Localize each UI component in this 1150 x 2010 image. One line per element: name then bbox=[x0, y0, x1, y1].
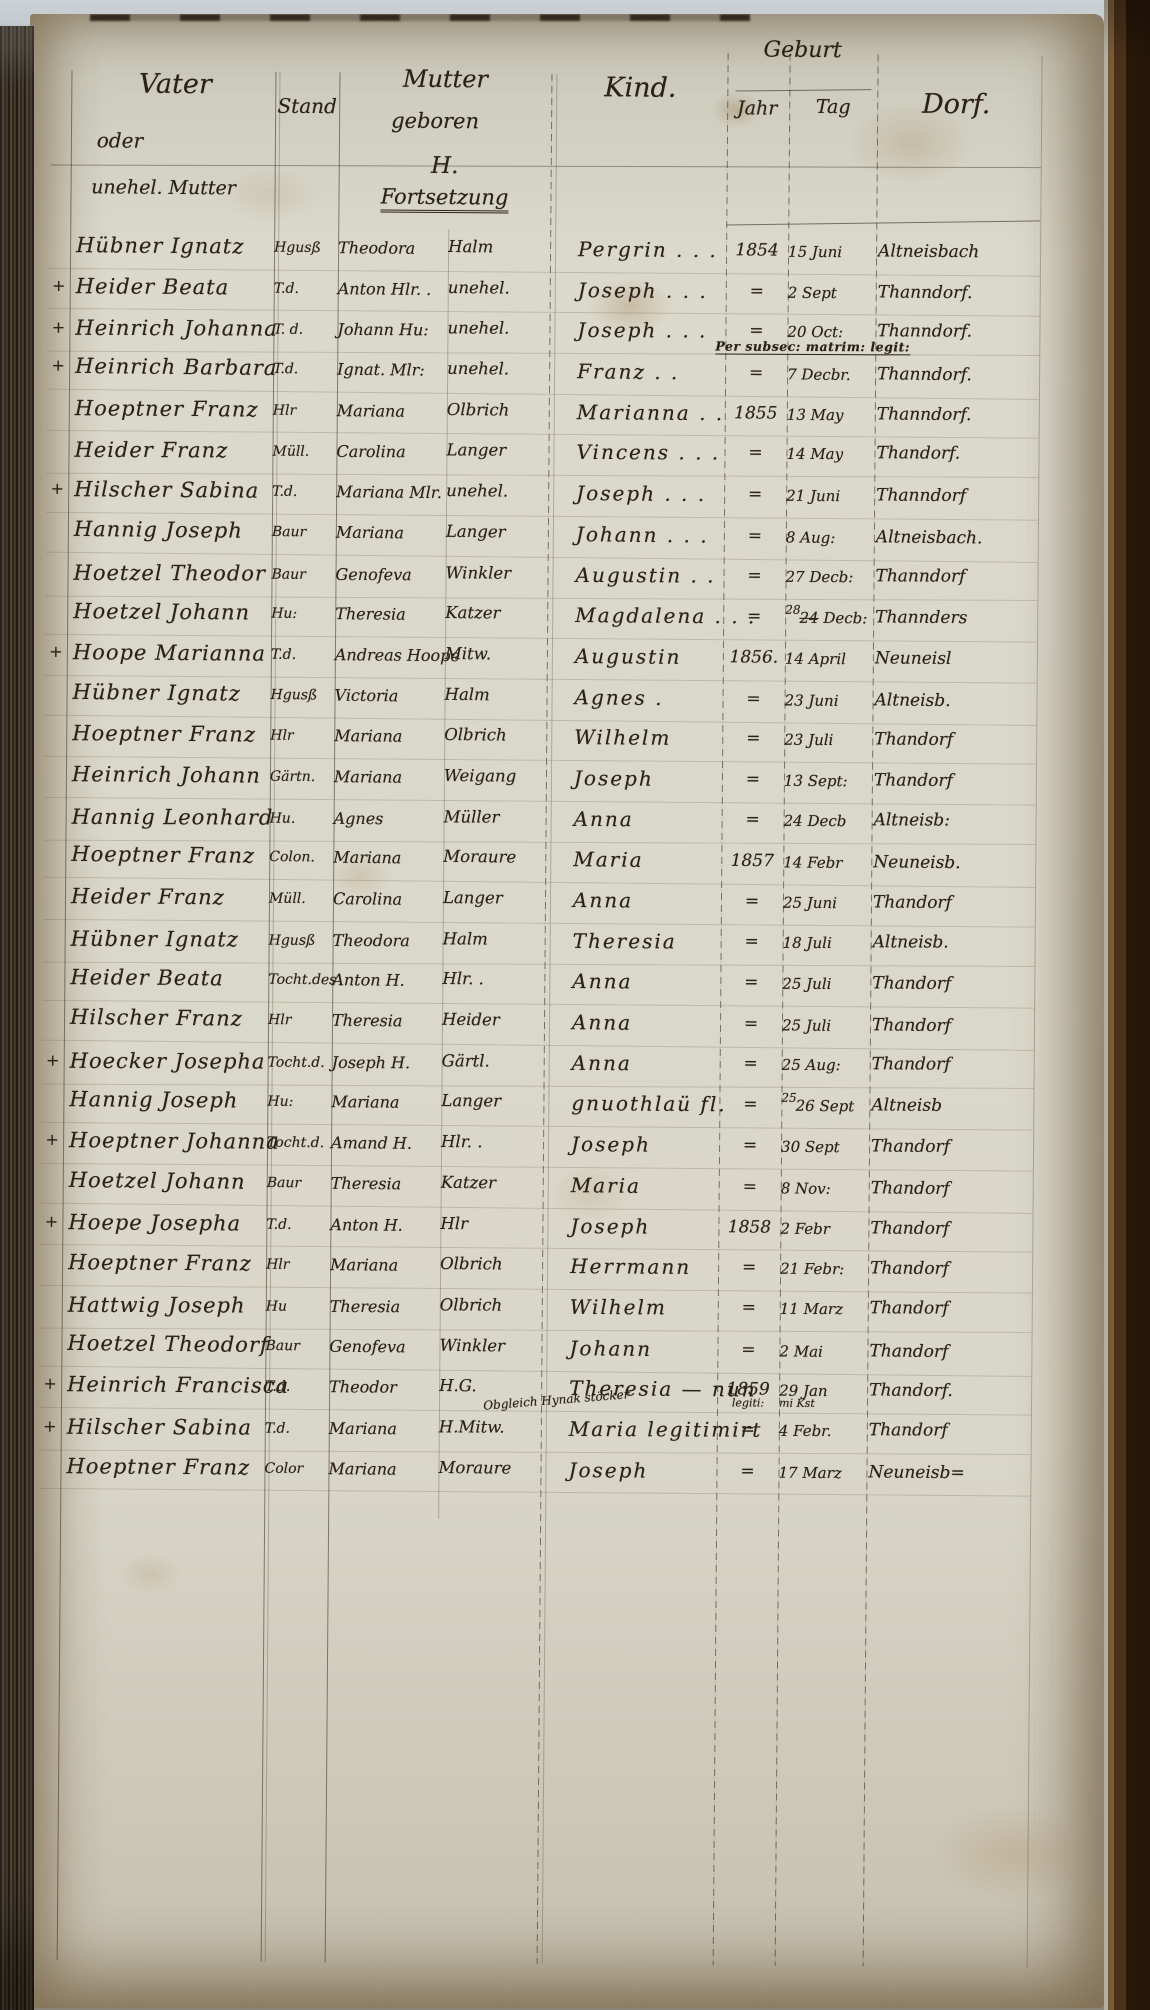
mother-surname: unehel. bbox=[447, 319, 509, 338]
year-cell: = bbox=[717, 1412, 779, 1452]
mother-surname-cell: Olbrich bbox=[440, 1289, 542, 1329]
section-letter: H. bbox=[365, 152, 525, 179]
child-cell: Anna bbox=[544, 1005, 720, 1047]
cross-mark: + bbox=[52, 318, 65, 337]
status-abbrev: T. d. bbox=[273, 322, 303, 338]
village-cell: Neuneisb. bbox=[871, 846, 1035, 887]
year-cell: = bbox=[723, 558, 785, 598]
village-name: Neuneisb. bbox=[873, 853, 961, 874]
mother-surname-cell: Müller bbox=[444, 801, 546, 841]
day-cell: 24 Decb bbox=[784, 802, 872, 842]
status-abbrev: Tocht.d. bbox=[267, 1135, 324, 1151]
cross-mark-cell: + bbox=[39, 1410, 61, 1450]
status-cell: Tocht.des bbox=[268, 962, 332, 1002]
status-cell: Baur bbox=[272, 514, 336, 554]
birth-year: = bbox=[744, 973, 758, 993]
day-cell: 11 Marz bbox=[780, 1291, 868, 1331]
birth-day: 11 Marz bbox=[780, 1300, 843, 1318]
cross-mark-cell bbox=[44, 757, 66, 797]
mother-given-cell: Mariana bbox=[337, 393, 447, 434]
birth-year: = bbox=[740, 1461, 754, 1481]
mother-given-name: Amand H. bbox=[331, 1133, 412, 1153]
cross-mark-cell: + bbox=[41, 1123, 63, 1163]
child-name: Wilhelm bbox=[574, 725, 671, 750]
status-abbrev: Tocht.des bbox=[268, 972, 336, 989]
mother-surname-cell: Mitw. bbox=[445, 638, 547, 678]
mother-given-name: Carolina bbox=[333, 889, 402, 909]
mother-surname: Halm bbox=[445, 684, 490, 703]
child-name: Joseph . . . bbox=[576, 481, 706, 506]
mother-surname-cell: Hlr. . bbox=[442, 963, 544, 1003]
birth-day: 25 Aug: bbox=[782, 1056, 841, 1074]
village-name: Thandorf bbox=[872, 1054, 951, 1074]
cross-mark-cell: + bbox=[42, 1043, 64, 1083]
mother-given-name: Mariana bbox=[328, 1459, 396, 1479]
register-row: Hoetzel TheodorBaurGenofevaWinklerAugust… bbox=[45, 555, 1037, 600]
mother-surname-cell: unehel. bbox=[447, 313, 549, 353]
cross-mark: + bbox=[45, 1211, 59, 1230]
header-year: Jahr bbox=[725, 97, 789, 120]
status-cell: Hlr bbox=[268, 1002, 332, 1042]
cross-mark-cell bbox=[48, 228, 70, 268]
birth-year: = bbox=[742, 1258, 756, 1278]
mother-surname: H.G. bbox=[439, 1376, 477, 1395]
status-abbrev: Hgusß bbox=[271, 687, 318, 703]
birth-year: = bbox=[748, 485, 762, 505]
mother-given-cell: Theresia bbox=[332, 1003, 442, 1044]
child-cell: Joseph bbox=[540, 1452, 716, 1493]
status-abbrev: T.d. bbox=[265, 1379, 290, 1395]
mother-surname: Moraure bbox=[443, 847, 516, 867]
village-cell: Altneisb: bbox=[872, 803, 1036, 843]
birth-year: = bbox=[749, 363, 763, 383]
birth-year: = bbox=[750, 281, 764, 301]
village-name: Thanndorf. bbox=[877, 404, 972, 425]
child-cell: Maria bbox=[543, 1168, 719, 1210]
father-cell: Heider Franz bbox=[65, 879, 269, 920]
birth-day: 26 Sept bbox=[796, 1097, 855, 1115]
father-cell: Hübner Ignatz bbox=[65, 921, 269, 962]
year-cell: = bbox=[722, 762, 784, 802]
register-row: Heider FranzMüll.CarolinaLangerVincens .… bbox=[46, 433, 1038, 478]
mother-given-name: Genofeva bbox=[335, 564, 411, 583]
mother-given-cell: Genofeva bbox=[335, 556, 445, 596]
status-cell: Tocht.d. bbox=[267, 1125, 331, 1165]
mother-given-name: Anton H. bbox=[332, 971, 405, 991]
father-cell: Heinrich Johanna bbox=[69, 311, 273, 352]
mother-given-name: Mariana bbox=[333, 848, 401, 868]
cross-mark-cell bbox=[42, 960, 64, 1000]
village-name: Thandorf bbox=[871, 1178, 950, 1199]
village-name: Thannders bbox=[875, 608, 967, 629]
birth-year: 1854 bbox=[735, 240, 778, 260]
village-cell: Altneisb. bbox=[871, 925, 1035, 965]
cross-mark: + bbox=[43, 1374, 57, 1393]
child-name: Wilhelm bbox=[570, 1295, 667, 1319]
child-name: Augustin bbox=[575, 644, 682, 669]
day-cell: 14 May bbox=[786, 436, 874, 476]
birth-day: 2 Mai bbox=[779, 1342, 823, 1360]
status-cell: T.d. bbox=[274, 270, 338, 310]
mother-surname: H.Mitw. bbox=[439, 1417, 505, 1436]
status-abbrev: Hu bbox=[266, 1298, 287, 1314]
day-cell: 13 May bbox=[787, 396, 875, 436]
child-cell: gnuothlaü fl. bbox=[543, 1086, 719, 1127]
header-father: Vater bbox=[95, 68, 255, 100]
child-cell: Joseph . . . bbox=[549, 313, 725, 353]
mother-given-name: Joseph H. bbox=[332, 1053, 410, 1072]
status-abbrev: Gärtn. bbox=[270, 769, 315, 785]
section-word-text: Fortsetzung bbox=[381, 185, 509, 214]
mother-given-name: Mariana bbox=[329, 1419, 397, 1438]
header-child: Kind. bbox=[555, 72, 725, 104]
village-cell: Thanndorf. bbox=[876, 275, 1040, 316]
mother-given-name: Mariana bbox=[334, 767, 402, 787]
status-abbrev: Baur bbox=[265, 1338, 300, 1354]
header-stand: Stand bbox=[273, 94, 341, 119]
birth-year: = bbox=[744, 1014, 758, 1034]
register-row: +Hoecker JosephaTocht.d.Joseph H.Gärtl.A… bbox=[42, 1043, 1034, 1088]
mother-surname-cell: Langer bbox=[441, 1085, 543, 1125]
child-name: Joseph bbox=[574, 766, 654, 791]
cross-mark-cell bbox=[40, 1245, 62, 1285]
mother-surname-cell: unehel. bbox=[448, 272, 550, 312]
mother-surname-cell: Halm bbox=[448, 231, 550, 271]
mother-given-name: Victoria bbox=[335, 685, 399, 705]
child-name: Augustin . . bbox=[575, 562, 715, 587]
child-cell: Theresia — nunObgleich Hynak stöcker bbox=[541, 1371, 717, 1412]
child-name: Anna bbox=[574, 807, 634, 831]
father-cell: Hoecker Josepha bbox=[64, 1043, 268, 1084]
mother-given-name: Mariana bbox=[330, 1255, 398, 1275]
day-cell: 21 Juni bbox=[786, 478, 874, 518]
birth-year: = bbox=[745, 891, 759, 911]
year-cell: 1855 bbox=[725, 396, 787, 436]
mother-surname: Weigang bbox=[444, 766, 516, 786]
birth-day: 13 Sept: bbox=[784, 772, 848, 790]
father-cell: Hoetzel Theodor bbox=[67, 555, 271, 596]
header-geboren-text: geboren bbox=[391, 109, 479, 134]
year-cell: = bbox=[716, 1454, 778, 1494]
village-name: Thandorf bbox=[874, 770, 953, 791]
village-cell: Altneisb. bbox=[872, 683, 1036, 724]
village-name: Thandorf bbox=[871, 1137, 950, 1158]
child-cell: Theresia bbox=[545, 923, 721, 963]
cross-mark-cell bbox=[45, 555, 67, 595]
mother-surname-cell: Weigang bbox=[444, 760, 546, 800]
birth-day: 17 Marz bbox=[778, 1463, 841, 1481]
header-unehel-mutter: unehel. Mutter bbox=[68, 176, 258, 199]
village-name: Thandorf bbox=[869, 1341, 948, 1362]
status-cell: Color bbox=[264, 1450, 328, 1490]
mother-surname: Olbrich bbox=[447, 400, 510, 419]
birth-day: 25 Juni bbox=[783, 894, 837, 912]
header-day-text: Tag bbox=[816, 96, 851, 118]
day-cell: 25 Juli bbox=[782, 1007, 870, 1048]
section-word: Fortsetzung bbox=[354, 184, 534, 209]
child-name: Pergrin . . . bbox=[578, 237, 718, 262]
status-cell: Hu. bbox=[270, 800, 334, 840]
mother-given-cell: Mariana bbox=[328, 1451, 438, 1492]
child-cell: Magdalena . . . bbox=[547, 598, 723, 639]
register-row: Hoeptner FranzHlrMarianaOlbrichHerrmann=… bbox=[40, 1245, 1032, 1293]
day-cell: 27 Decb: bbox=[785, 558, 873, 598]
birth-day: 30 Sept bbox=[781, 1138, 840, 1156]
child-cell: Anna bbox=[544, 964, 720, 1005]
child-name: Joseph . . . bbox=[578, 278, 708, 303]
day-cell: 30 Sept bbox=[781, 1129, 869, 1169]
status-cell: Tocht.d. bbox=[268, 1044, 332, 1084]
header-mother-text: Mutter bbox=[403, 65, 488, 94]
mother-given-name: Johann Hu: bbox=[337, 320, 428, 339]
child-name: Maria bbox=[571, 1173, 642, 1198]
day-cell: 2 Mai bbox=[779, 1333, 867, 1374]
birth-day: 14 April bbox=[785, 650, 846, 668]
status-cell: T.d. bbox=[271, 637, 335, 677]
mother-surname: Mitw. bbox=[445, 644, 491, 663]
register-row: Hübner IgnatzHgusßTheodoraHalmTheresia=1… bbox=[43, 921, 1035, 966]
father-name: Hoeptner Franz bbox=[72, 721, 256, 746]
village-cell: Altneisb bbox=[869, 1089, 1033, 1130]
birth-year: 1855 bbox=[734, 403, 777, 423]
father-name: Heinrich Francisca bbox=[67, 1372, 289, 1398]
mother-surname-cell: unehel. bbox=[446, 475, 548, 515]
mother-given-name: Anton Hlr. . bbox=[338, 279, 432, 299]
header-rule bbox=[735, 89, 871, 91]
child-cell: Maria bbox=[545, 842, 721, 884]
village-name: Neuneisl bbox=[875, 648, 952, 669]
child-name: Anna bbox=[572, 1051, 632, 1075]
year-cell: 1859legiti: bbox=[717, 1372, 779, 1412]
mother-surname: Winkler bbox=[446, 563, 512, 582]
year-cell: = bbox=[719, 1169, 781, 1209]
mother-given-name: Theresia bbox=[330, 1297, 401, 1316]
father-name: Hoetzel Theodorf bbox=[67, 1330, 268, 1356]
status-abbrev: Baur bbox=[272, 524, 307, 540]
register-row: +Heinrich FranciscaT.d.TheodorH.G.Theres… bbox=[39, 1367, 1031, 1415]
status-abbrev: Baur bbox=[272, 566, 306, 582]
mother-surname: Hlr. . bbox=[441, 1132, 483, 1151]
village-name: Thandorf bbox=[870, 1298, 949, 1318]
status-abbrev: T.d. bbox=[266, 1216, 291, 1232]
child-name: Agnes . bbox=[574, 685, 663, 710]
mother-given-cell: Anton H. bbox=[330, 1207, 440, 1248]
mother-surname: Hlr bbox=[440, 1214, 468, 1233]
mother-given-name: Theresia bbox=[331, 1173, 402, 1193]
village-cell: Thandorf bbox=[867, 1334, 1031, 1375]
mother-surname-cell: Langer bbox=[446, 516, 548, 557]
father-name: Hoeptner Franz bbox=[66, 1454, 250, 1479]
cross-mark-cell: + bbox=[47, 349, 69, 389]
child-cell: Wilhelm bbox=[546, 720, 722, 761]
child-cell: Augustin . . bbox=[547, 557, 723, 597]
father-name: Hoeptner Franz bbox=[75, 396, 259, 421]
status-abbrev: Hlr bbox=[270, 728, 294, 744]
year-cell: = bbox=[723, 599, 785, 639]
mother-given-name: Andreas Hoope bbox=[335, 645, 460, 665]
mother-surname-cell: unehel. bbox=[447, 353, 549, 394]
page-content: Vater oder unehel. Mutter Stand Mutter g… bbox=[30, 14, 1104, 2008]
year-cell: = bbox=[719, 1088, 781, 1128]
birth-day: 15 Juni bbox=[788, 243, 842, 261]
mother-given-name: Theodor bbox=[329, 1377, 397, 1397]
cross-mark-cell bbox=[41, 1162, 63, 1202]
birth-day: 23 Juni bbox=[784, 691, 838, 710]
mother-given-cell: Amand H. bbox=[331, 1125, 441, 1166]
status-cell: Hlr bbox=[270, 718, 334, 758]
header-birth-text: Geburt bbox=[763, 38, 841, 64]
mother-given-name: Mariana bbox=[336, 522, 404, 542]
village-name: Altneisbach bbox=[878, 241, 979, 262]
mother-given-name: Theresia bbox=[332, 1011, 403, 1031]
birth-year: = bbox=[748, 526, 762, 546]
header-father-oder: oder bbox=[75, 128, 165, 153]
mother-surname: unehel. bbox=[447, 359, 509, 379]
mother-given-cell: Theodora bbox=[338, 230, 448, 271]
cross-mark: + bbox=[45, 1130, 59, 1149]
cross-mark-cell bbox=[44, 716, 66, 756]
scanned-register-page: Vater oder unehel. Mutter Stand Mutter g… bbox=[0, 0, 1150, 2010]
mother-given-cell: Genofeva bbox=[329, 1328, 439, 1369]
father-name: Hoeptner Franz bbox=[68, 1250, 252, 1275]
mother-surname-cell: Moraure bbox=[438, 1452, 540, 1492]
cross-mark-cell bbox=[42, 1000, 64, 1040]
cross-mark-cell: + bbox=[46, 472, 68, 512]
birth-year: = bbox=[744, 931, 758, 951]
mother-surname: Winkler bbox=[439, 1335, 505, 1355]
cross-mark-cell bbox=[40, 1287, 62, 1327]
father-cell: Heinrich Francisca bbox=[61, 1367, 265, 1408]
mother-given-cell: Theresia bbox=[331, 1165, 441, 1206]
child-cell: Agnes . bbox=[546, 679, 722, 721]
status-abbrev: Colon. bbox=[269, 849, 315, 865]
birth-year: = bbox=[741, 1420, 755, 1440]
village-name: Thanndorf. bbox=[878, 282, 973, 303]
mother-given-cell: Agnes bbox=[334, 801, 444, 841]
mother-given-cell: Carolina bbox=[333, 881, 443, 922]
mother-given-cell: Carolina bbox=[336, 434, 446, 474]
village-cell: Thandorf bbox=[869, 1130, 1033, 1171]
cross-mark-cell bbox=[41, 1082, 63, 1122]
day-cell: 25 Aug: bbox=[782, 1047, 870, 1087]
header-father-text: Vater bbox=[139, 69, 212, 101]
village-cell: Altneisbach bbox=[876, 234, 1040, 275]
header-village-text: Dorf. bbox=[922, 89, 991, 121]
village-name: Thanndorf. bbox=[877, 364, 972, 385]
status-cell: Baur bbox=[271, 556, 335, 596]
village-name: Thandorf. bbox=[869, 1381, 953, 1402]
status-cell: T.d. bbox=[273, 351, 337, 391]
cross-mark-cell: + bbox=[48, 269, 70, 309]
register-rows: Hübner IgnatzHgusßTheodoraHalmPergrin . … bbox=[38, 228, 1040, 1497]
village-name: Thandorf. bbox=[876, 444, 960, 464]
year-cell: 1857 bbox=[721, 844, 783, 884]
father-name: Hilscher Sabina bbox=[67, 1415, 252, 1440]
birth-year: 1857 bbox=[731, 851, 774, 871]
village-cell: Thanndorf bbox=[873, 559, 1037, 599]
birth-year: = bbox=[743, 1136, 757, 1156]
status-abbrev: Hlr bbox=[268, 1012, 292, 1028]
register-row: Hoeptner FranzColorMarianaMoraureJoseph=… bbox=[38, 1448, 1030, 1496]
cross-mark: + bbox=[46, 1050, 59, 1069]
birth-day: 2 Sept bbox=[788, 283, 837, 301]
father-cell: Hoetzel Johann bbox=[67, 594, 271, 635]
header-rule bbox=[51, 165, 1041, 169]
mother-surname: Katzer bbox=[441, 1173, 496, 1193]
birth-day: 27 Decb: bbox=[785, 567, 853, 585]
father-cell: Hilscher Franz bbox=[64, 1000, 268, 1042]
status-abbrev: Hu: bbox=[271, 606, 297, 622]
mother-surname-cell: Olbrich bbox=[447, 394, 549, 434]
child-cell: Joseph bbox=[543, 1127, 719, 1168]
father-name: Hilscher Franz bbox=[70, 1005, 243, 1031]
status-abbrev: Hu. bbox=[270, 810, 296, 826]
status-abbrev: T.d. bbox=[271, 647, 296, 663]
mother-given-cell: Mariana bbox=[334, 759, 444, 800]
child-name: Herrmann bbox=[570, 1254, 691, 1279]
status-abbrev: Baur bbox=[267, 1175, 302, 1191]
register-row: +Hilscher SabinaT.d.MarianaH.Mitw.Maria … bbox=[39, 1410, 1031, 1455]
day-cell: 25 Juni bbox=[783, 885, 871, 925]
day-cell: 7 Decbr. bbox=[787, 356, 875, 397]
mother-surname: unehel. bbox=[446, 481, 508, 500]
book-cover-edge bbox=[1104, 0, 1150, 2010]
header-mother: Mutter bbox=[345, 64, 545, 94]
status-cell: T.d. bbox=[265, 1369, 329, 1409]
father-name: Hoecker Josepha bbox=[70, 1048, 266, 1073]
status-abbrev: T.d. bbox=[265, 1421, 290, 1437]
father-name: Hannig Leonhard bbox=[72, 804, 274, 829]
status-abbrev: Tocht.d. bbox=[268, 1054, 325, 1070]
village-cell: Thandorf bbox=[871, 885, 1035, 926]
child-cell: Joseph bbox=[546, 761, 722, 802]
father-name: Heinrich Johann bbox=[72, 762, 261, 787]
father-name: Hoetzel Johann bbox=[73, 599, 250, 624]
status-cell: T. d. bbox=[273, 312, 337, 352]
father-name: Hoetzel Johann bbox=[69, 1168, 246, 1194]
day-cell: 21 Febr: bbox=[780, 1251, 868, 1291]
mother-surname: unehel. bbox=[448, 278, 510, 297]
birth-day: Decb: bbox=[823, 609, 867, 627]
section-letter-text: H. bbox=[431, 153, 459, 179]
child-cell: Herrmann bbox=[542, 1249, 718, 1290]
day-cell: 2526 Sept bbox=[781, 1088, 869, 1128]
day-cell: 2824 Decb: bbox=[785, 600, 873, 640]
father-name: Heider Franz bbox=[71, 884, 225, 909]
birth-year: = bbox=[746, 769, 760, 789]
year-cell: = bbox=[726, 274, 788, 314]
village-cell: Thandorf bbox=[870, 1047, 1034, 1087]
father-name: Hoeptner Johanna bbox=[69, 1128, 280, 1154]
status-cell: Baur bbox=[267, 1165, 331, 1205]
village-cell: Thandorf. bbox=[874, 437, 1038, 477]
year-cell: = bbox=[724, 519, 786, 559]
child-cell: Anna bbox=[546, 801, 722, 841]
child-name: Johann . . . bbox=[576, 522, 709, 547]
child-cell: Vincens . . . bbox=[548, 435, 724, 475]
mother-surname-cell: Langer bbox=[443, 882, 545, 922]
cross-mark-cell: + bbox=[39, 1367, 61, 1407]
child-name: Franz . . bbox=[577, 359, 679, 384]
mother-given-name: Theodora bbox=[333, 931, 410, 950]
year-cell: = bbox=[718, 1250, 780, 1290]
village-name: Altneisb. bbox=[873, 932, 949, 952]
father-name: Hübner Ignatz bbox=[71, 926, 239, 951]
child-cell: Franz . . bbox=[549, 354, 725, 396]
header-oder-text: oder bbox=[97, 128, 143, 152]
father-cell: Heider Beata bbox=[70, 269, 274, 310]
child-cell: Marianna . . bbox=[549, 395, 725, 436]
